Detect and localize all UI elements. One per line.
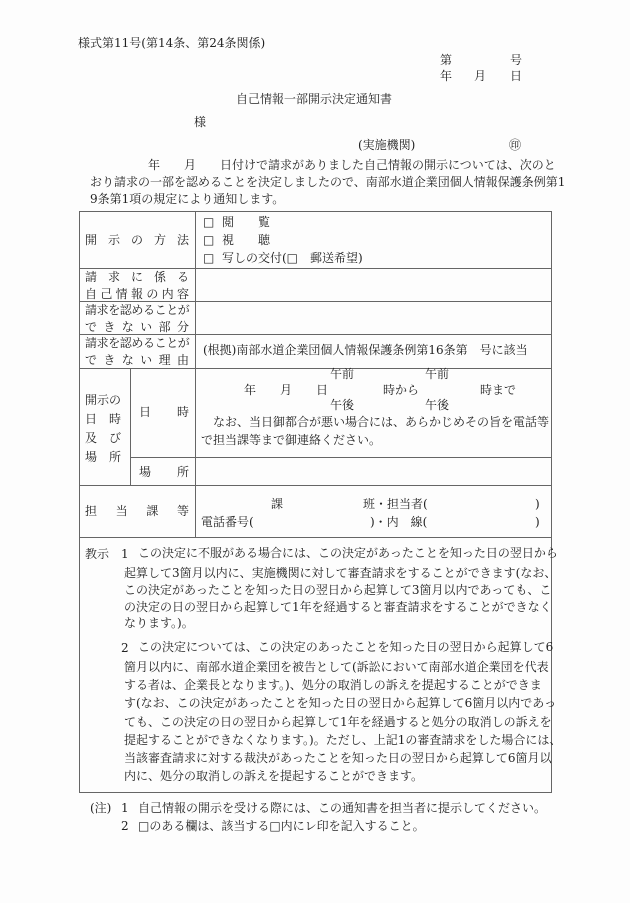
seal-mark: ㊞	[509, 138, 521, 152]
date-month: 月	[474, 69, 486, 83]
schedule-note-line1: なお、当日御都合が悪い場合には、あらかじめその旨を電話等	[213, 415, 549, 429]
instruction-label: 教示	[85, 547, 109, 561]
pm-label-2: 午後	[425, 398, 449, 412]
team-person-field[interactable]: 班・担当者(	[363, 497, 428, 511]
instruction-item2-number: 2	[121, 641, 129, 655]
instruction-item1-cont: 起算して3箇月以内に、実施機関に対して審査請求をすることができます(なお、 この…	[124, 565, 556, 632]
checkbox-icon[interactable]: □	[203, 215, 214, 229]
instruction-item1-number: 1	[121, 547, 129, 561]
method-option-listen[interactable]: □ 視 聴	[203, 233, 270, 247]
issuer-label: (実施機関)	[358, 138, 415, 152]
note-1-number: 1	[121, 801, 129, 815]
document-title: 自己情報一部開示決定通知書	[236, 92, 392, 106]
checkbox-icon[interactable]: □	[203, 251, 214, 265]
contact-label: 担当課等	[85, 504, 189, 518]
reason-value[interactable]: (根拠)南部水道企業団個人情報保護条例第16条第 号に該当	[203, 343, 528, 357]
place-field[interactable]	[196, 458, 551, 485]
method-option-view[interactable]: □ 閲 覧	[203, 215, 270, 229]
content-label-line2: 自己情報の内容	[85, 287, 189, 301]
reason-label-line1: 請求を認めることが	[85, 336, 189, 350]
intro-line-3: 9条第1項の規定により通知します。	[90, 192, 284, 206]
pm-label-1: 午後	[330, 398, 354, 412]
close-paren-1: )	[535, 497, 540, 511]
place-label: 場所	[139, 465, 189, 479]
doc-number-suffix: 号	[510, 53, 522, 67]
datetime-label: 日時	[139, 405, 189, 419]
note-2-text: □のある欄は、該当する□内にレ印を記入すること。	[138, 819, 425, 833]
am-label-2: 午前	[425, 367, 449, 381]
instruction-item1: この決定に不服がある場合には、この決定があったことを知った日の翌日から	[138, 545, 558, 562]
instruction-item2: この決定については、この決定のあったことを知った日の翌日から起算して6	[138, 639, 553, 656]
schedule-group-label: 開示の 日 時 及 び 場 所	[85, 391, 121, 467]
note-1-text: 自己情報の開示を受ける際には、この通知書を担当者に提示してください。	[138, 801, 546, 815]
section-label: 課	[271, 497, 283, 511]
content-field[interactable]	[196, 269, 551, 301]
method-label: 開示の方法	[85, 233, 189, 247]
extension-field[interactable]: )・内 線(	[370, 515, 427, 529]
intro-line-1: 年 月 日付けで請求がありました自己情報の開示については、次のと	[148, 158, 556, 172]
part-label-line2: できない部分	[85, 320, 189, 334]
phone-field[interactable]: 電話番号(	[201, 515, 254, 529]
note-2-number: 2	[121, 819, 129, 833]
doc-number-prefix: 第	[440, 53, 452, 67]
schedule-note-line2: で担当課等まで御連絡ください。	[201, 433, 381, 447]
from-time[interactable]: 時から	[383, 383, 419, 397]
intro-line-2: おり請求の一部を認めることを決定しましたので、南部水道企業団個人情報保護条例第1	[90, 175, 565, 189]
date-day: 日	[510, 69, 522, 83]
date-year: 年	[440, 69, 452, 83]
instruction-item2-cont: 箇月以内に、南部水道企業団を被告として(訴訟において南部水道企業団を代表 する者…	[124, 658, 561, 785]
reason-label-line2: できない理由	[85, 353, 189, 367]
notes-label: (注)	[90, 801, 111, 815]
close-paren-2: )	[535, 515, 540, 529]
am-label-1: 午前	[330, 367, 354, 381]
content-label-line1: 請求に係る	[85, 270, 189, 284]
part-label-line1: 請求を認めることが	[85, 303, 189, 317]
date-line[interactable]: 年 月 日	[244, 383, 328, 397]
until-time[interactable]: 時まで	[480, 383, 516, 397]
method-option-copy[interactable]: □ 写しの交付(□ 郵送希望)	[203, 251, 363, 265]
checkbox-icon[interactable]: □	[203, 233, 214, 247]
part-field[interactable]	[196, 302, 551, 334]
addressee-suffix: 様	[194, 115, 206, 129]
form-number: 様式第11号(第14条、第24条関係)	[78, 36, 265, 50]
